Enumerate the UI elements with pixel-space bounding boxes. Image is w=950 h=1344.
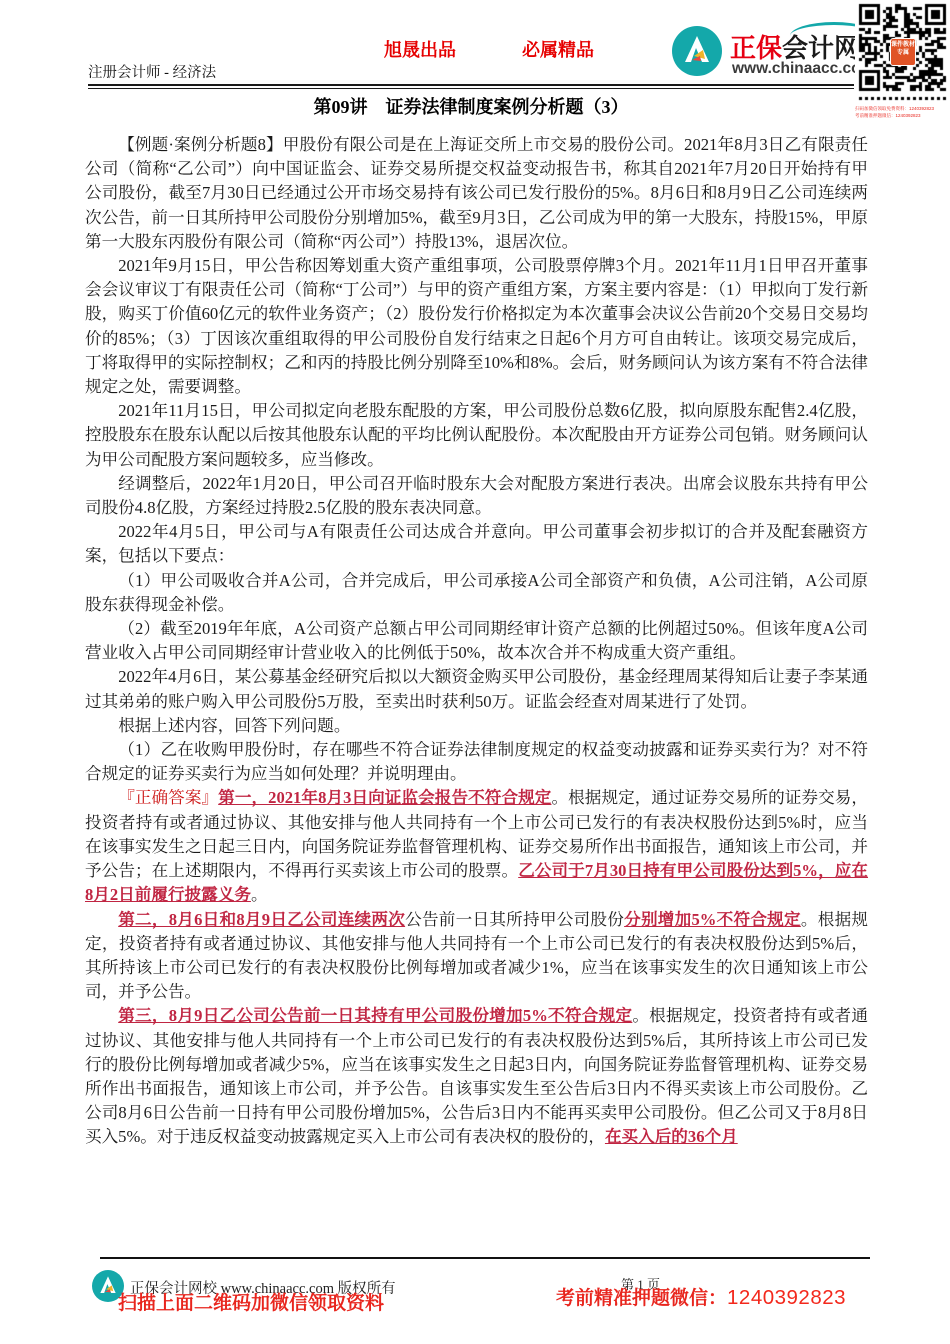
- text-segment: 2022年4月5日，甲公司与A有限责任公司达成合并意向。甲公司董事会初步拟订的合…: [85, 522, 868, 565]
- qr-badge-text2: 专属: [891, 49, 915, 57]
- text-segment: （2）截至2019年年底，A公司资产总额占甲公司同期经审计资产总额的比例超过50…: [85, 619, 868, 662]
- emphasis-segment: 在买入后的36个月: [605, 1127, 738, 1146]
- text-segment: （1）乙在收购甲股份时，存在哪些不符合证券法律制度规定的权益变动披露和证券买卖行…: [85, 740, 868, 783]
- text-segment: 2022年4月6日，某公募基金经研究后拟以大额资金购买甲公司股份，基金经理周某得…: [85, 667, 868, 710]
- course-label: 注册会计师 - 经济法: [88, 61, 216, 82]
- qr-caption-line1: 扫码加微信领取免费资料：1240392823: [855, 106, 950, 112]
- page-title: 第09讲 证券法律制度案例分析题（3）: [88, 93, 854, 119]
- text-segment: 根据上述内容，回答下列问题。: [118, 716, 350, 735]
- text-segment: 经调整后，2022年1月20日，甲公司召开临时股东大会对配股方案进行表决。出席会…: [85, 474, 868, 517]
- paragraph: （1）乙在收购甲股份时，存在哪些不符合证券法律制度规定的权益变动披露和证券买卖行…: [85, 738, 868, 786]
- paragraph: 2022年4月5日，甲公司与A有限责任公司达成合并意向。甲公司董事会初步拟订的合…: [85, 520, 868, 568]
- paragraph: 2021年11月15日，甲公司拟定向老股东配股的方案，甲公司股份总数6亿股，拟向…: [85, 399, 868, 472]
- brand-logo-icon: [672, 26, 722, 76]
- paragraph: 第二，8月6日和8月9日乙公司连续两次公告前一日其所持甲公司股份分别增加5%不符…: [85, 908, 868, 1005]
- text-segment: 2021年9月15日，甲公告称因筹划重大资产重组事项，公司股票停牌3个月。202…: [85, 256, 868, 396]
- paragraph: 2021年9月15日，甲公告称因筹划重大资产重组事项，公司股票停牌3个月。202…: [85, 254, 868, 399]
- paragraph: 经调整后，2022年1月20日，甲公司召开临时股东大会对配股方案进行表决。出席会…: [85, 472, 868, 520]
- paragraph: 【例题·案例分析题8】甲股份有限公司是在上海证交所上市交易的股份公司。2021年…: [85, 133, 868, 254]
- text-segment: （1）甲公司吸收合并A公司，合并完成后，甲公司承接A公司全部资产和负债，A公司注…: [85, 571, 868, 614]
- qr-caption-line2: 考前精准押题微信：1240392823: [855, 113, 950, 119]
- paragraph: （2）截至2019年年底，A公司资产总额占甲公司同期经审计资产总额的比例超过50…: [85, 617, 868, 665]
- text-segment: 。根据规定，投资者持有或者通过协议、其他安排与他人共同持有一个上市公司已发行的有…: [85, 1006, 868, 1146]
- footer-scan-text: 扫描上面二维码加微信领取资料: [118, 1288, 384, 1315]
- qr-badge-text: 课件教材: [891, 41, 915, 49]
- footer-wechat-label: 考前精准押题微信：: [556, 1288, 727, 1309]
- slogan-right: 必属精品: [522, 36, 594, 62]
- header-divider: [88, 84, 854, 89]
- paragraph: 根据上述内容，回答下列问题。: [85, 714, 868, 738]
- paragraph: 2022年4月6日，某公募基金经研究后拟以大额资金购买甲公司股份，基金经理周某得…: [85, 665, 868, 713]
- text-segment: 2021年11月15日，甲公司拟定向老股东配股的方案，甲公司股份总数6亿股，拟向…: [85, 401, 868, 468]
- emphasis-segment: 分别增加5%不符合规定: [624, 910, 801, 929]
- paragraph: 『正确答案』第一，2021年8月3日向证监会报告不符合规定。根据规定，通过证券交…: [85, 786, 868, 907]
- header-slogan: 旭晟出品 必属精品: [384, 36, 594, 62]
- qr-code-block: 课件教材 专属 扫码加微信领取免费资料：1240392823 考前精准押题微信：…: [855, 0, 950, 126]
- qr-center-badge: 课件教材 专属: [890, 38, 916, 66]
- brand-logo: 正保会计网校 www.chinaacc.com: [672, 22, 852, 84]
- emphasis-segment: 第一，2021年8月3日向证监会报告不符合规定: [218, 788, 551, 807]
- brand-name-red: 正保: [730, 33, 782, 63]
- footer-wechat-number: 1240392823: [727, 1286, 846, 1309]
- emphasis-segment: 『正确答案』: [118, 788, 218, 807]
- text-segment: 。: [251, 885, 268, 904]
- emphasis-segment: 第三，8月9日乙公司公告前一日其持有甲公司股份增加5%不符合规定: [118, 1006, 632, 1025]
- footer-divider: [100, 1257, 870, 1259]
- text-segment: 【例题·案例分析题8】甲股份有限公司是在上海证交所上市交易的股份公司。2021年…: [85, 135, 868, 251]
- page: 旭晟出品 必属精品 注册会计师 - 经济法 正保会计网校 www.chinaac…: [0, 0, 950, 1344]
- text-segment: 公告前一日其所持甲公司股份: [405, 910, 624, 929]
- emphasis-segment: 第二，8月6日和8月9日乙公司连续两次: [118, 910, 405, 929]
- brand-website: www.chinaacc.com: [732, 60, 874, 78]
- paragraph: 第三，8月9日乙公司公告前一日其持有甲公司股份增加5%不符合规定。根据规定，投资…: [85, 1004, 868, 1149]
- slogan-left: 旭晟出品: [384, 36, 456, 62]
- paragraph: （1）甲公司吸收合并A公司，合并完成后，甲公司承接A公司全部资产和负债，A公司注…: [85, 569, 868, 617]
- footer-wechat-text: 考前精准押题微信：1240392823: [556, 1283, 846, 1310]
- document-body: 【例题·案例分析题8】甲股份有限公司是在上海证交所上市交易的股份公司。2021年…: [85, 133, 868, 1150]
